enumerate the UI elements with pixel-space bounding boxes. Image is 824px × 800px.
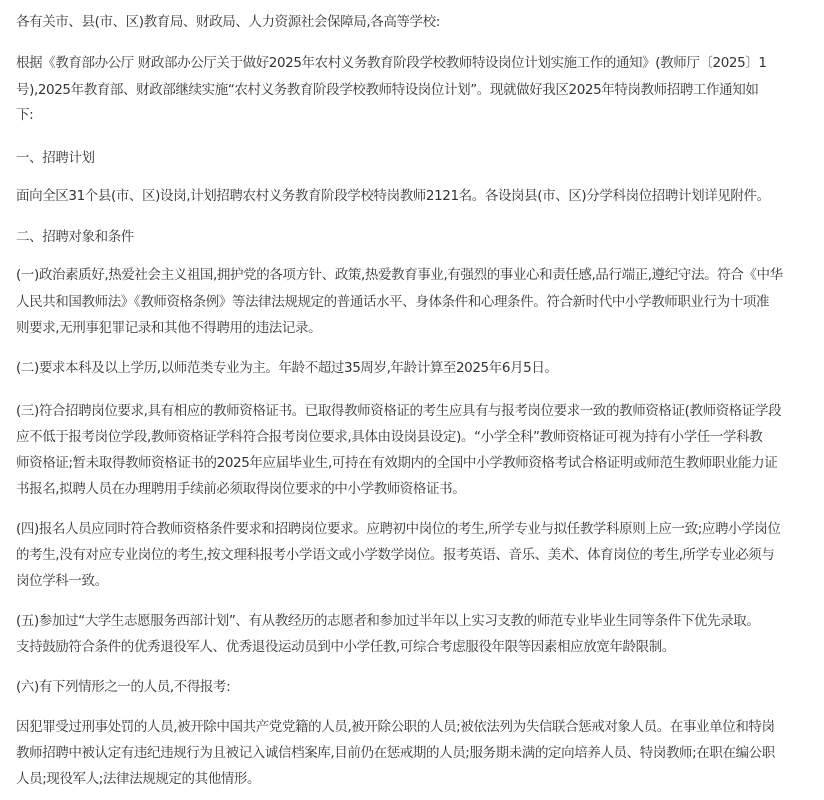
paragraph-line: 的考生,没有对应专业岗位的考生,按文理科报考小学语文或小学数学岗位。报考英语、音…	[16, 545, 774, 565]
paragraph-line: 则要求,无刑事犯罪记录和其他不得聘用的违法记录。	[16, 318, 321, 338]
paragraph-line: (一)政治素质好,热爱社会主义祖国,拥护党的各项方针、政策,热爱教育事业,有强烈…	[16, 265, 783, 285]
paragraph-line: 支持鼓励符合条件的优秀退役军人、优秀退役运动员到中小学任教,可综合考虑服役年限等…	[16, 637, 675, 657]
paragraph-line: 因犯罪受过刑事处罚的人员,被开除中国共产党党籍的人员,被开除公职的人员;被依法列…	[16, 717, 775, 737]
paragraph-line: 应不低于报考岗位学段,教师资格证学科符合报考岗位要求,具体由设岗县设定)。“小学…	[16, 427, 762, 447]
paragraph-line: 教师招聘中被认定有违纪违规行为且被记入诚信档案库,目前仍在惩戒期的人员;服务期未…	[16, 743, 775, 763]
section-heading-recruitment-plan: 一、招聘计划	[16, 148, 95, 168]
paragraph-line: 岗位学科一致。	[16, 571, 108, 591]
paragraph-line: 人员;现役军人;法律法规规定的其他情形。	[16, 769, 260, 789]
paragraph-line: 下:	[16, 105, 33, 125]
section-heading-eligibility: 二、招聘对象和条件	[16, 227, 134, 247]
paragraph-condition-2: (二)要求本科及以上学历,以师范类专业为主。年龄不超过35周岁,年龄计算至202…	[16, 358, 558, 378]
paragraph-plan: 面向全区31个县(市、区)设岗,计划招聘农村义务教育阶段学校特岗教师2121名。…	[16, 186, 770, 206]
paragraph-line: 师资格证;暂未取得教师资格证书的2025年应届毕业生,可持在有效期内的全国中小学…	[16, 453, 777, 473]
paragraph-condition-6: (六)有下列情形之一的人员,不得报考:	[16, 677, 230, 697]
paragraph-line: (三)符合招聘岗位要求,具有相应的教师资格证书。已取得教师资格证的考生应具有与报…	[16, 401, 781, 421]
paragraph-line: 书报名,拟聘人员在办理聘用手续前必须取得岗位要求的中小学教师资格证书。	[16, 479, 465, 499]
paragraph-line: 号),2025年教育部、财政部继续实施“农村义务教育阶段学校教师特设岗位计划”。…	[16, 80, 758, 100]
paragraph-line: 根据《教育部办公厅 财政部办公厅关于做好2025年农村义务教育阶段学校教师特设岗…	[16, 53, 767, 73]
paragraph-line: (四)报名人员应同时符合教师资格条件要求和招聘岗位要求。应聘初中岗位的考生,所学…	[16, 519, 780, 539]
salutation: 各有关市、县(市、区)教育局、财政局、人力资源社会保障局,各高等学校:	[16, 12, 440, 32]
paragraph-line: 人民共和国教师法》《教师资格条例》等法律法规规定的普通话水平、身体条件和心理条件…	[16, 292, 769, 312]
notice-document: 各有关市、县(市、区)教育局、财政局、人力资源社会保障局,各高等学校: 根据《教…	[0, 0, 824, 800]
paragraph-line: (五)参加过“大学生志愿服务西部计划”、有从教经历的志愿者和参加过半年以上实习支…	[16, 611, 759, 631]
